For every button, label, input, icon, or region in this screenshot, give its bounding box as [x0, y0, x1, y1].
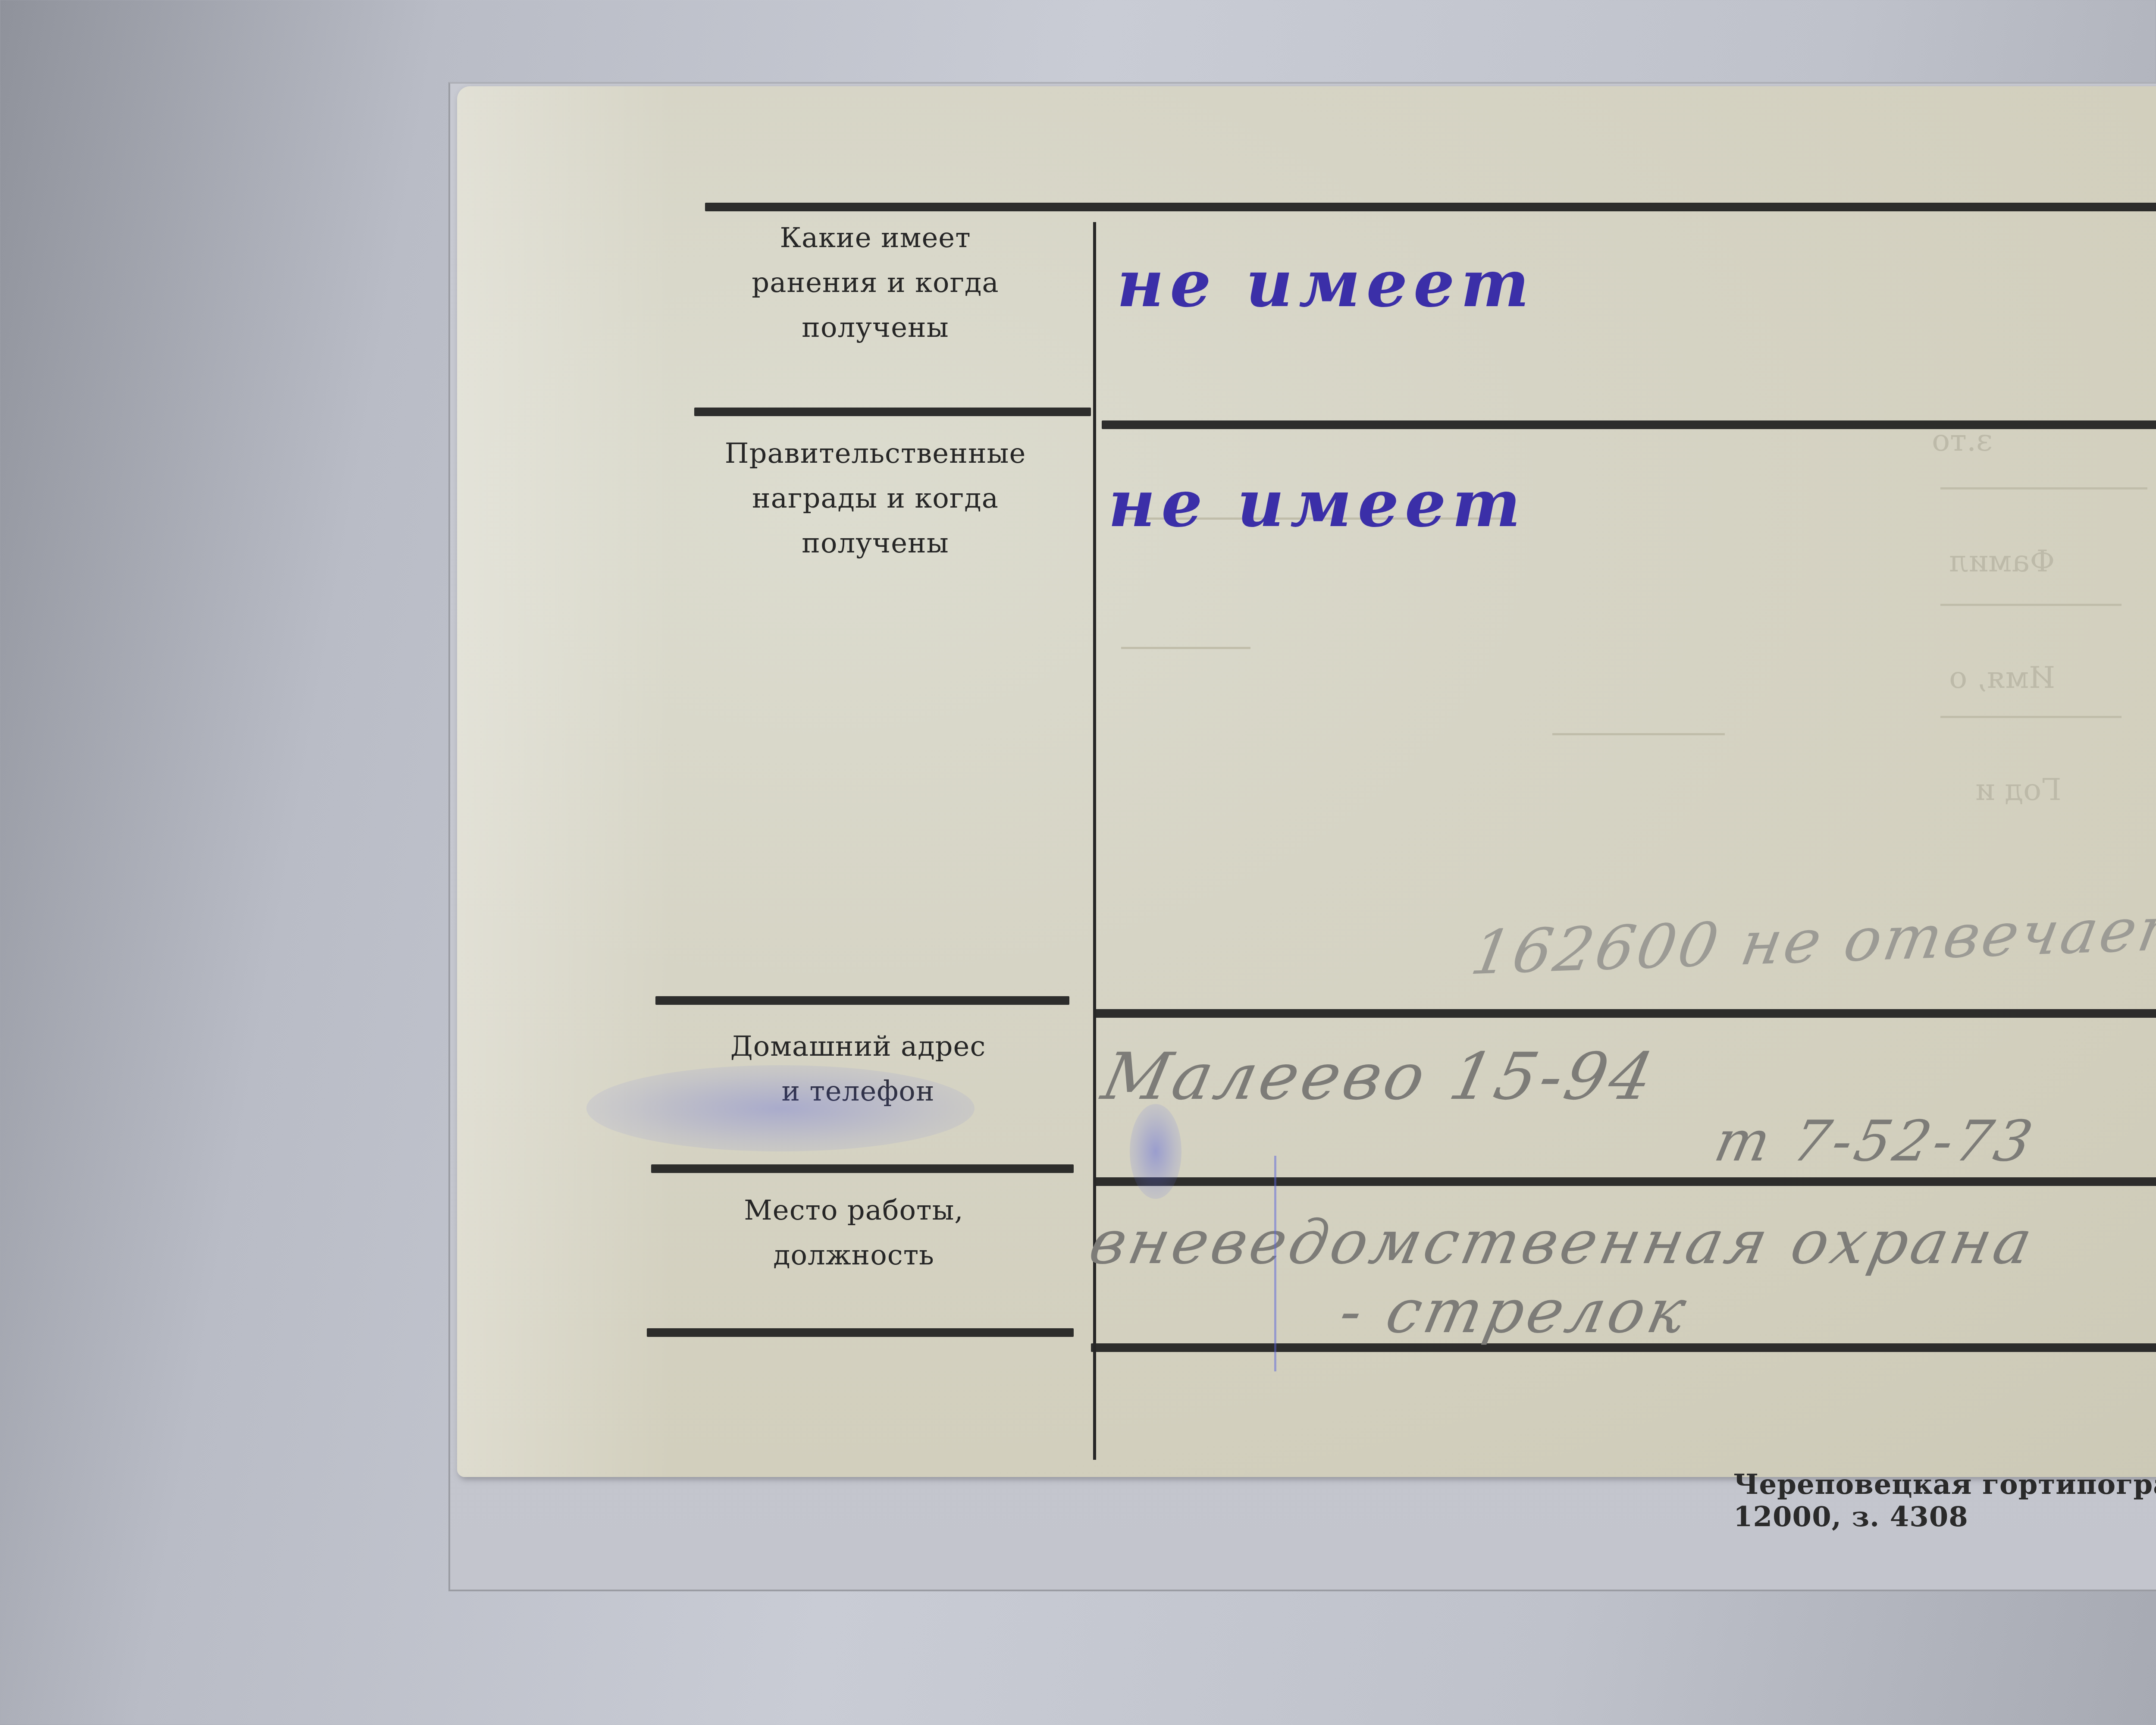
bleed-through-line — [1940, 604, 2122, 606]
field-label-awards: Правительственные награды и когда получе… — [681, 431, 1069, 566]
stray-ink-line — [1274, 1156, 1276, 1371]
handwritten-value-position: - стрелок — [1334, 1276, 1695, 1347]
row-divider-right — [1093, 1177, 2156, 1186]
ink-smudge — [586, 1065, 975, 1151]
pencil-note: 162600 не отвечает — [1466, 893, 2156, 988]
row-divider-right — [1095, 1009, 2156, 1018]
row-divider-left — [694, 408, 1091, 416]
field-label-workplace: Место работы, должность — [660, 1188, 1048, 1278]
handwritten-value-workplace: вневедомственная охрана — [1084, 1207, 2041, 1278]
handwritten-value-awards: не имеет — [1108, 466, 1526, 542]
row-divider-left — [655, 996, 1069, 1005]
bleed-through-line — [1552, 733, 1725, 735]
field-label-wounds: Какие имеет ранения и когда получены — [681, 216, 1069, 350]
registration-card: з.то Фамил Имя, о Год и Какие имеет ране… — [457, 86, 2156, 1477]
bleed-through-text: Имя, о — [1949, 660, 2055, 695]
bleed-through-text: Год и — [1975, 772, 2062, 807]
handwritten-value-wounds: не имеет — [1117, 246, 1535, 322]
bleed-through-line — [1940, 716, 2122, 718]
ink-smudge — [1130, 1104, 1181, 1199]
row-divider-right — [1102, 420, 2156, 429]
bottom-rule-left — [647, 1328, 1074, 1337]
handwritten-value-address: Малеево 15-94 — [1096, 1039, 1663, 1114]
bleed-through-line — [1940, 487, 2147, 489]
bleed-through-line — [1121, 647, 1250, 649]
printer-imprint: Череповецкая гортипография, т. 12000, з.… — [1733, 1468, 2156, 1533]
handwritten-value-phone: т 7-52-73 — [1709, 1108, 2041, 1174]
top-rule — [705, 203, 2156, 211]
bleed-through-text: Фамил — [1949, 543, 2055, 579]
row-divider-left — [651, 1164, 1074, 1173]
